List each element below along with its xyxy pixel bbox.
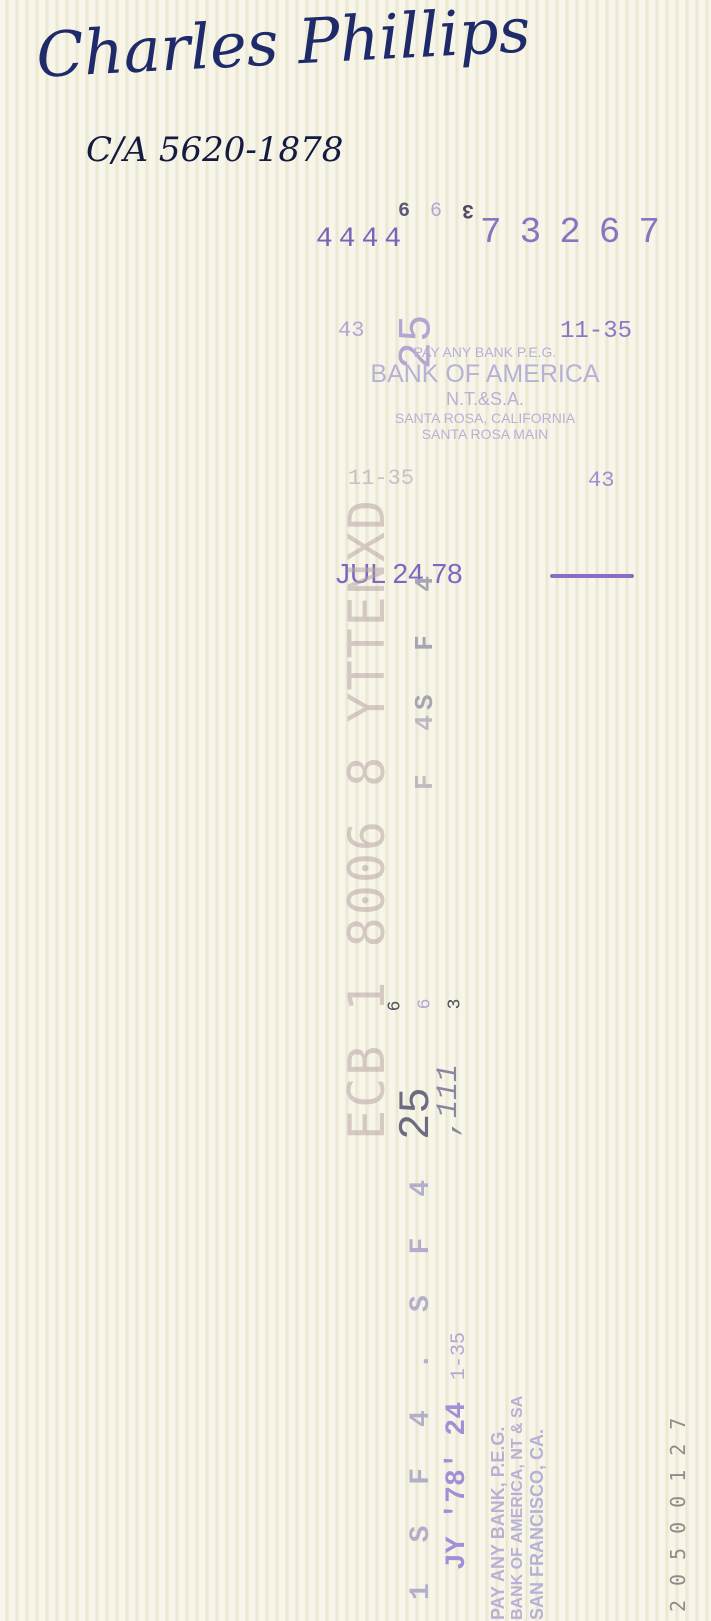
bottom-bank-line-1: PAY ANY BANK, P.E.G. [488, 1396, 509, 1620]
bank-line-4: SANTA ROSA, CALIFORNIA [360, 410, 610, 426]
bank-line-5: SANTA ROSA MAIN [360, 426, 610, 442]
bottom-bank-line-3: SAN FRANCISCO, CA. [527, 1396, 548, 1620]
routing-left: 43 [338, 318, 364, 343]
amount-tick: ,111 [432, 1064, 466, 1136]
bank-endorsement-stamp: PAY ANY BANK P.E.G. BANK OF AMERICA N.T.… [360, 344, 610, 442]
mid-digit-3: 3 [445, 999, 465, 1010]
bank-line-3: N.T.&S.A. [360, 389, 610, 410]
bottom-bank-stamp: PAY ANY BANK, P.E.G. BANK OF AMERICA, NT… [488, 1396, 548, 1620]
mid-digit-2: 6 [415, 999, 435, 1010]
routing-right: 11-35 [560, 318, 632, 345]
top-number-right: 73267 [480, 212, 678, 253]
bottom-routing: 1-35 [448, 1332, 471, 1380]
vertical-print-code: ECB 1 8006 8 YTTENXD [338, 498, 396, 1140]
bank-line-2: BANK OF AMERICA [360, 360, 610, 389]
bottom-bank-line-2: BANK OF AMERICA, NT & SA [509, 1396, 527, 1620]
cancel-dash [550, 574, 634, 578]
top-small-digit-3: 3 [462, 198, 474, 221]
sf4-middle: F 4 [410, 701, 440, 790]
mid-digit-1: 6 [385, 1001, 405, 1012]
top-small-digit-1: 6 [398, 200, 410, 223]
signature: Charles Phillips [34, 0, 532, 92]
sf4-lower: 1 S F 4 . S F 4 [406, 1168, 437, 1600]
right-edge-code: 20500127 [666, 1404, 690, 1612]
top-small-digit-2: 6 [430, 200, 442, 223]
routing-bottom-left: 11-35 [348, 466, 414, 491]
routing-bottom-right: 43 [588, 468, 614, 493]
account-note: C/A 5620-1878 [86, 130, 343, 170]
sf4-upper: S F 4 [410, 562, 440, 710]
top-number-left: 4444 [316, 224, 407, 255]
bank-line-1: PAY ANY BANK P.E.G. [360, 344, 610, 360]
bottom-date-stamp: JY '78' 24 [442, 1402, 473, 1570]
